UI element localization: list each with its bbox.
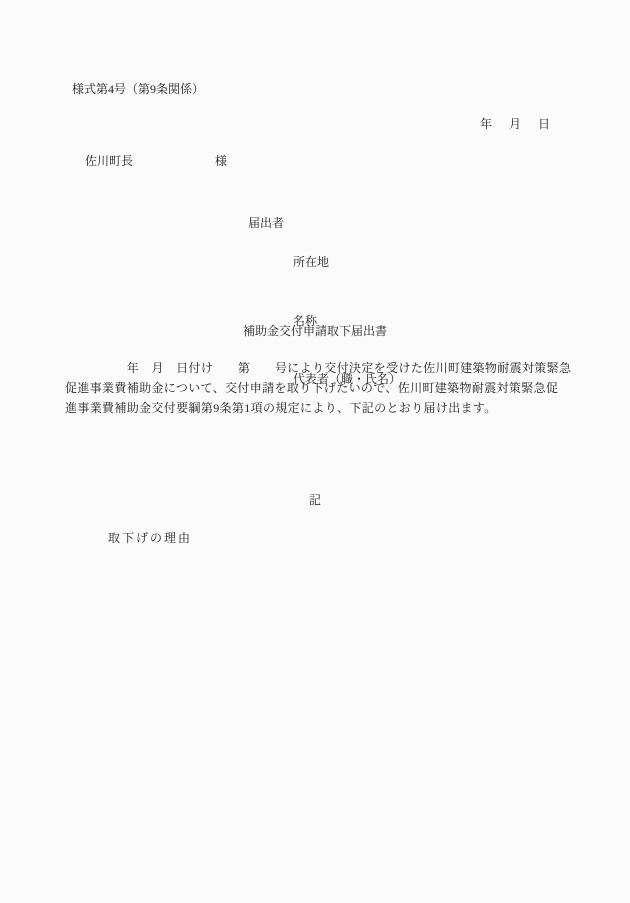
date-line: 年 月 日 bbox=[480, 117, 553, 131]
declarant-field-address: 所在地 bbox=[293, 253, 401, 273]
document-title: 補助金交付申請取下届出書 bbox=[0, 322, 630, 339]
record-marker: 記 bbox=[0, 491, 630, 508]
body-line-3: 進事業費補助金交付要綱第9条第1項の規定により、下記のとおり届け出ます。 bbox=[65, 398, 570, 418]
document-page: 様式第4号（第9条関係） 年 月 日 佐川町長 様 届出者 所在地 名称 代表者… bbox=[0, 0, 630, 903]
body-line-1: 年 月 日付け 第 号により交付決定を受けた佐川町建築物耐震対策緊急 bbox=[65, 358, 570, 378]
body-paragraph: 年 月 日付け 第 号により交付決定を受けた佐川町建築物耐震対策緊急 促進事業費… bbox=[65, 358, 570, 418]
body-line-2: 促進事業費補助金について、交付申請を取り下げたいので、佐川町建築物耐震対策緊急促 bbox=[65, 378, 570, 398]
form-number: 様式第4号（第9条関係） bbox=[72, 82, 204, 96]
declarant-label: 届出者 bbox=[248, 214, 284, 234]
withdrawal-reason-label: 取下げの理由 bbox=[108, 531, 192, 545]
addressee-name: 佐川町長 bbox=[85, 154, 133, 168]
addressee-honorific: 様 bbox=[215, 154, 227, 168]
